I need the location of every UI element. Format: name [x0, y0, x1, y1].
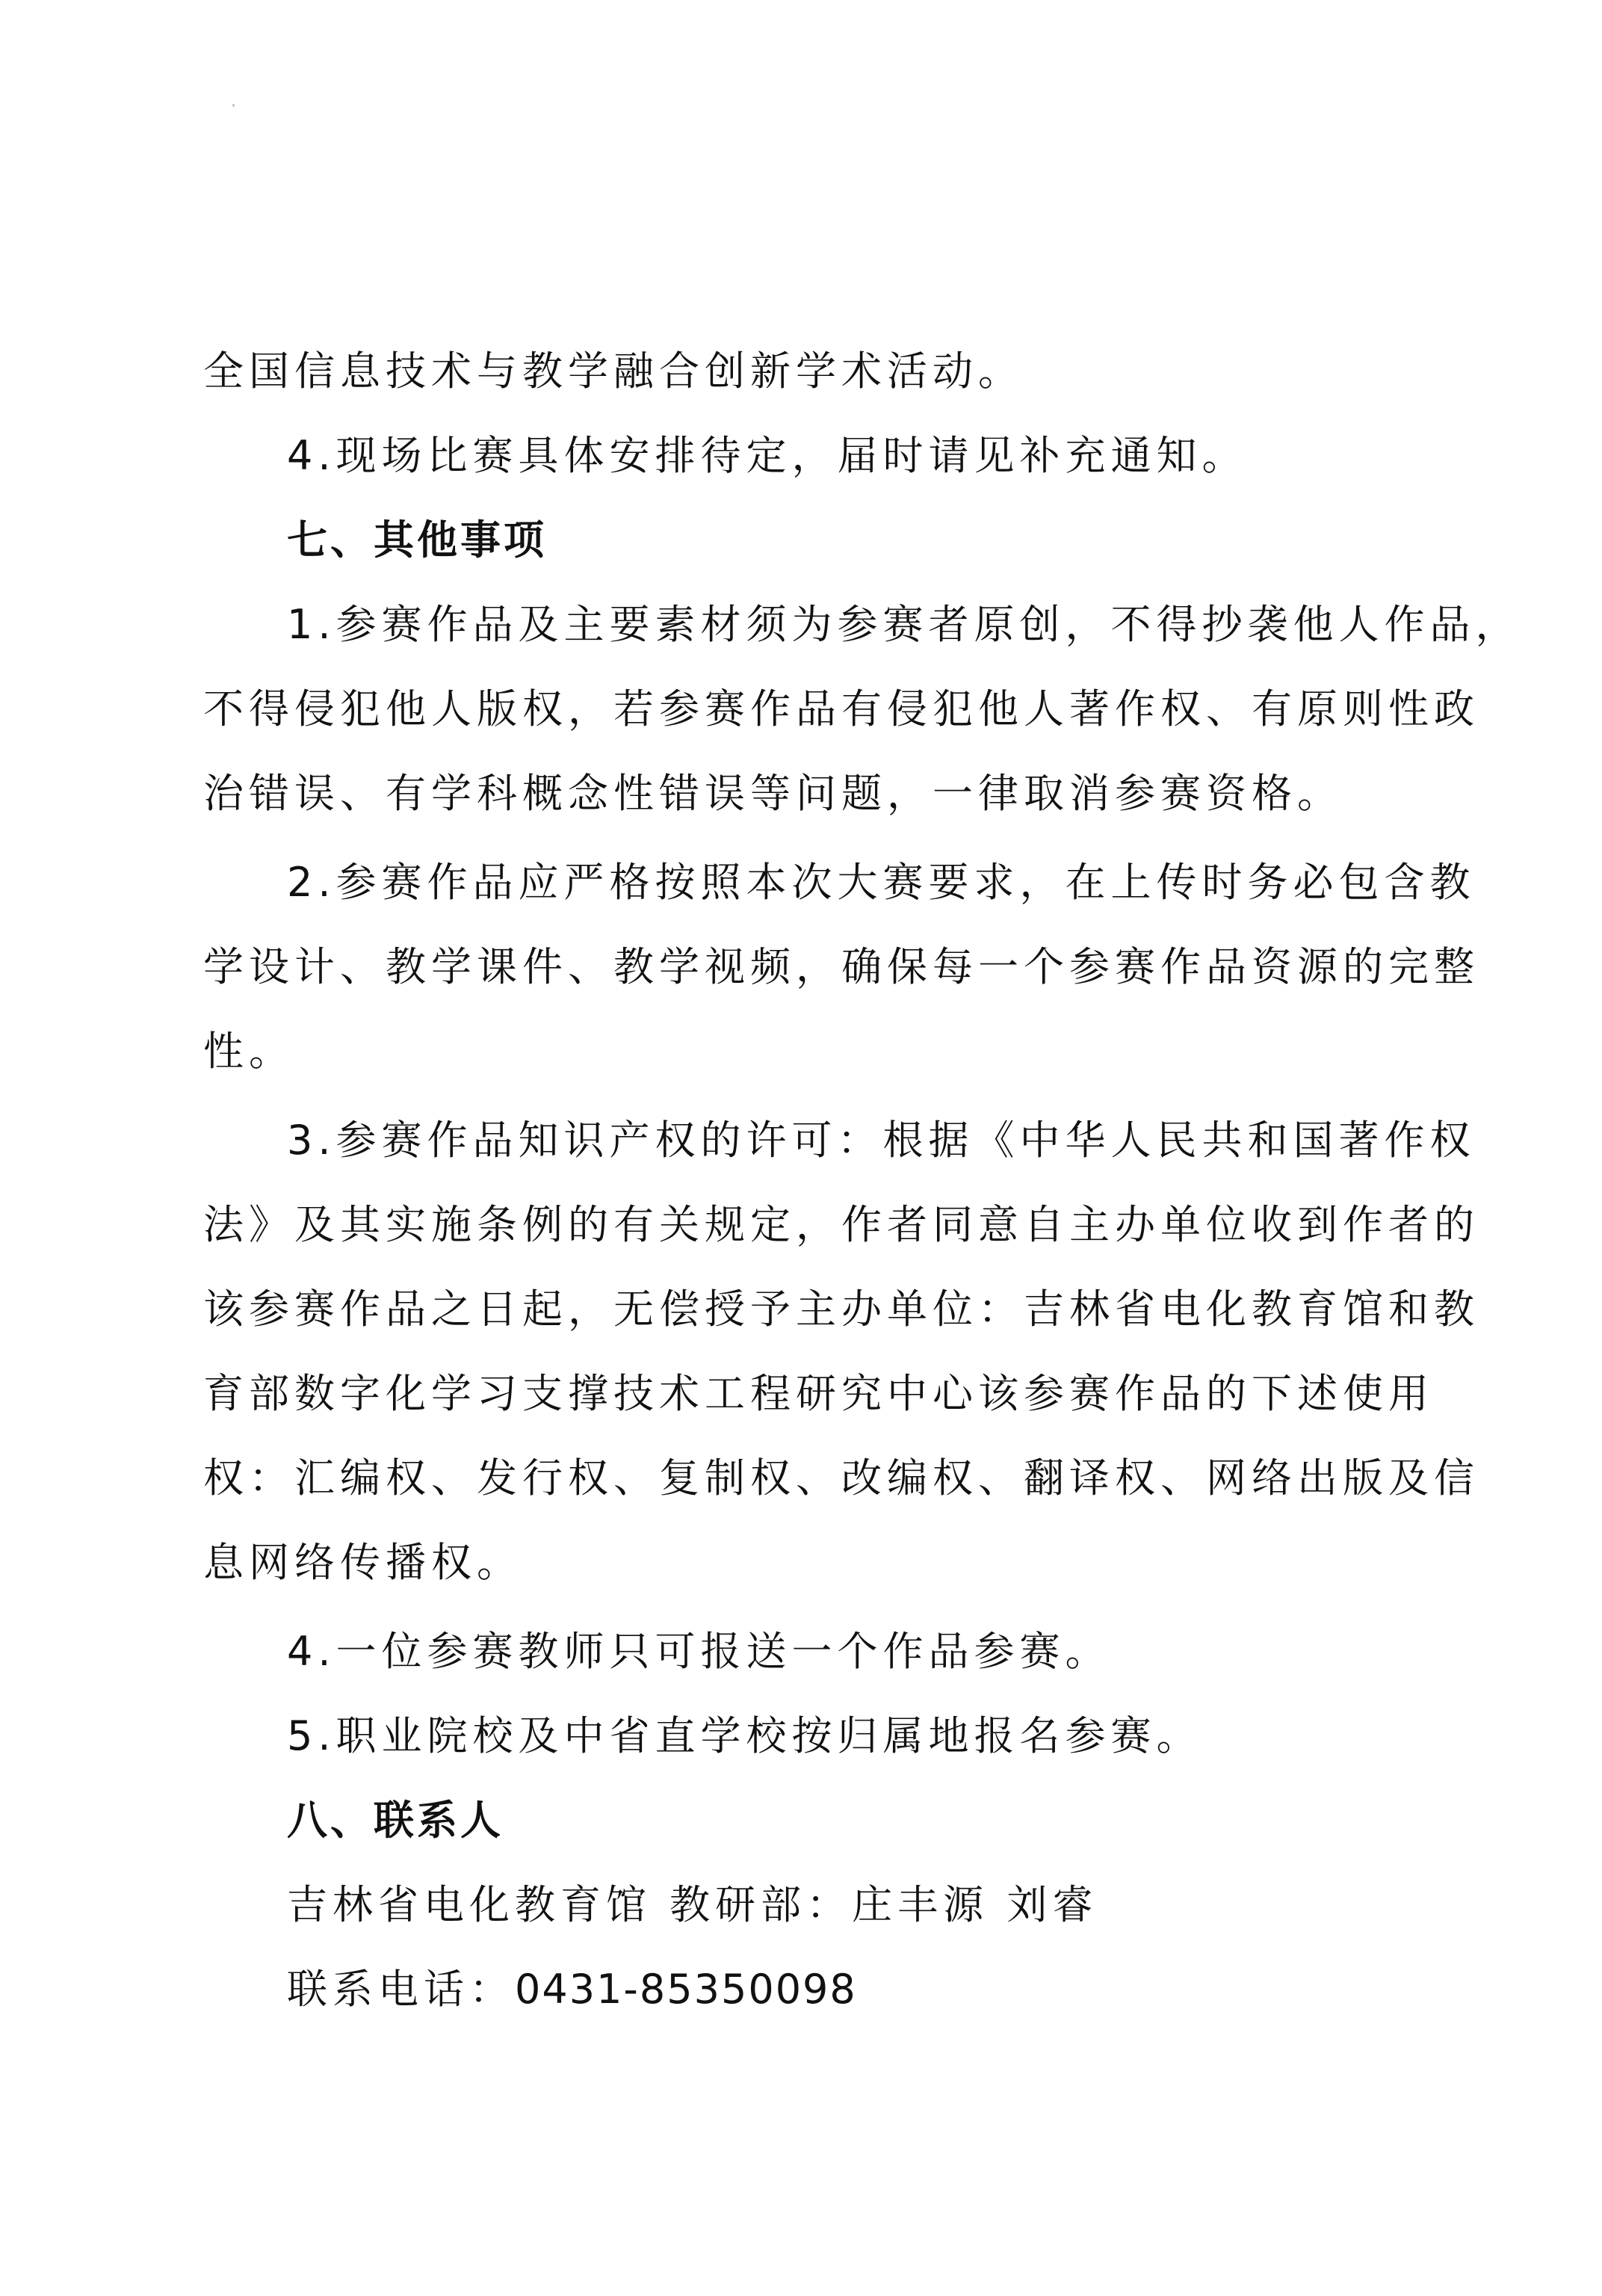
list-item-7-3-line-2: 法》及其实施条例的有关规定，作者同意自主办单位收到作者的: [203, 1182, 1429, 1267]
list-item-7-5: 5.职业院校及中省直学校按归属地报名参赛。: [203, 1694, 1429, 1778]
list-item-7-2-line-2: 学设计、教学课件、教学视频，确保每一个参赛作品资源的完整: [203, 925, 1429, 1009]
list-item-7-2-line-1: 2.参赛作品应严格按照本次大赛要求，在上传时务必包含教: [203, 840, 1429, 925]
contact-names: 庄丰源 刘睿: [852, 1881, 1098, 1928]
list-item-7-3-line-1: 3.参赛作品知识产权的许可：根据《中华人民共和国著作权: [203, 1098, 1429, 1182]
list-item-7-2-line-3: 性。: [203, 1009, 1429, 1093]
document-page: 全国信息技术与教学融合创新学术活动。 4.现场比赛具体安排待定，届时请见补充通知…: [203, 329, 1429, 2031]
list-item-7-1-line-1: 1.参赛作品及主要素材须为参赛者原创，不得抄袭他人作品，: [203, 582, 1429, 667]
list-item-7-3-line-3: 该参赛作品之日起，无偿授予主办单位：吉林省电化教育馆和教: [203, 1267, 1429, 1351]
list-item-7-3-line-4: 育部数字化学习支撑技术工程研究中心该参赛作品的下述使用: [203, 1351, 1429, 1436]
paragraph-continuation-line: 全国信息技术与教学融合创新学术活动。: [203, 329, 1429, 413]
contact-phone-label: 联系电话：: [287, 1966, 515, 2013]
list-item-7-1-line-2: 不得侵犯他人版权，若参赛作品有侵犯他人著作权、有原则性政: [203, 667, 1429, 751]
section-heading-7: 七、其他事项: [203, 498, 1429, 582]
list-item-6-4: 4.现场比赛具体安排待定，届时请见补充通知。: [203, 413, 1429, 498]
scan-speck: [232, 104, 235, 107]
list-item-7-4: 4.一位参赛教师只可报送一个作品参赛。: [203, 1609, 1429, 1694]
list-item-7-3-line-6: 息网络传播权。: [203, 1520, 1429, 1605]
contact-organization-line: 吉林省电化教育馆 教研部：庄丰源 刘睿: [203, 1863, 1429, 1947]
contact-phone-number: 0431-85350098: [515, 1966, 857, 2013]
contact-department-label: 教研部：: [669, 1881, 852, 1928]
contact-organization: 吉林省电化教育馆: [287, 1881, 652, 1928]
section-heading-8: 八、联系人: [203, 1778, 1429, 1863]
list-item-7-3-line-5: 权：汇编权、发行权、复制权、改编权、翻译权、网络出版及信: [203, 1436, 1429, 1520]
contact-phone-line: 联系电话：0431-85350098: [203, 1947, 1429, 2031]
list-item-7-1-line-3: 治错误、有学科概念性错误等问题，一律取消参赛资格。: [203, 751, 1429, 836]
